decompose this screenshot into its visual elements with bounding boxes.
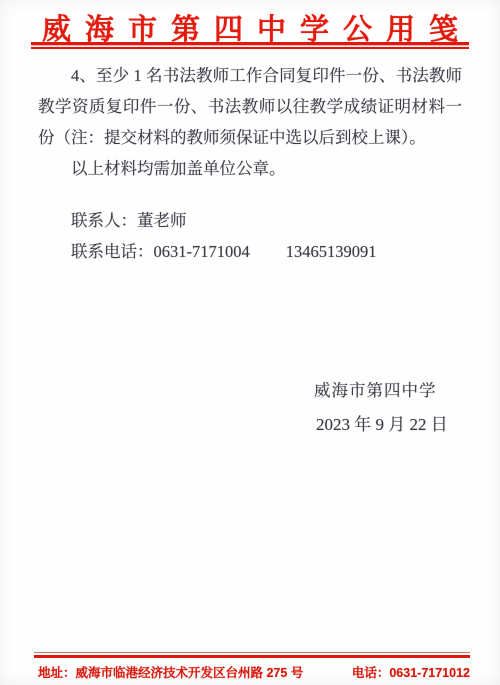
body-paragraph-requirements: 4、至少 1 名书法教师工作合同复印件一份、书法教师教学资质复印件一份、书法教师… (38, 60, 462, 153)
footer-row: 地址：威海市临港经济技术开发区台州路 275 号 电话：0631-7171012 (38, 663, 470, 681)
footer-rule-thin (34, 652, 470, 653)
spacer (38, 184, 462, 205)
body-paragraph-seal-note: 以上材料均需加盖单位公章。 (38, 153, 462, 184)
contact-phone-number-2: 13465139091 (286, 242, 377, 261)
footer-rule-thick (34, 655, 470, 658)
header-rule-thin (31, 47, 469, 49)
footer-double-rule (34, 652, 470, 659)
document-page: 威海市第四中学公用笺 4、至少 1 名书法教师工作合同复印件一份、书法教师教学资… (0, 0, 500, 685)
contact-person-name: 董老师 (137, 211, 187, 230)
contact-person-label: 联系人： (71, 211, 137, 230)
contact-phone-number-1: 0631-7171004 (154, 242, 250, 261)
contact-phone-line: 联系电话：0631-717100413465139091 (38, 236, 462, 267)
document-body: 4、至少 1 名书法教师工作合同复印件一份、书法教师教学资质复印件一份、书法教师… (38, 60, 462, 267)
header-rule-thick (31, 42, 469, 45)
header-double-rule (31, 42, 469, 50)
signature-organization: 威海市第四中学 (314, 380, 437, 402)
footer-phone: 电话：0631-7171012 (352, 663, 470, 681)
contact-person-line: 联系人：董老师 (38, 205, 462, 236)
signature-date: 2023 年 9 月 22 日 (316, 413, 448, 437)
contact-phone-label: 联系电话： (71, 242, 154, 261)
footer-address: 地址：威海市临港经济技术开发区台州路 275 号 (38, 663, 303, 681)
